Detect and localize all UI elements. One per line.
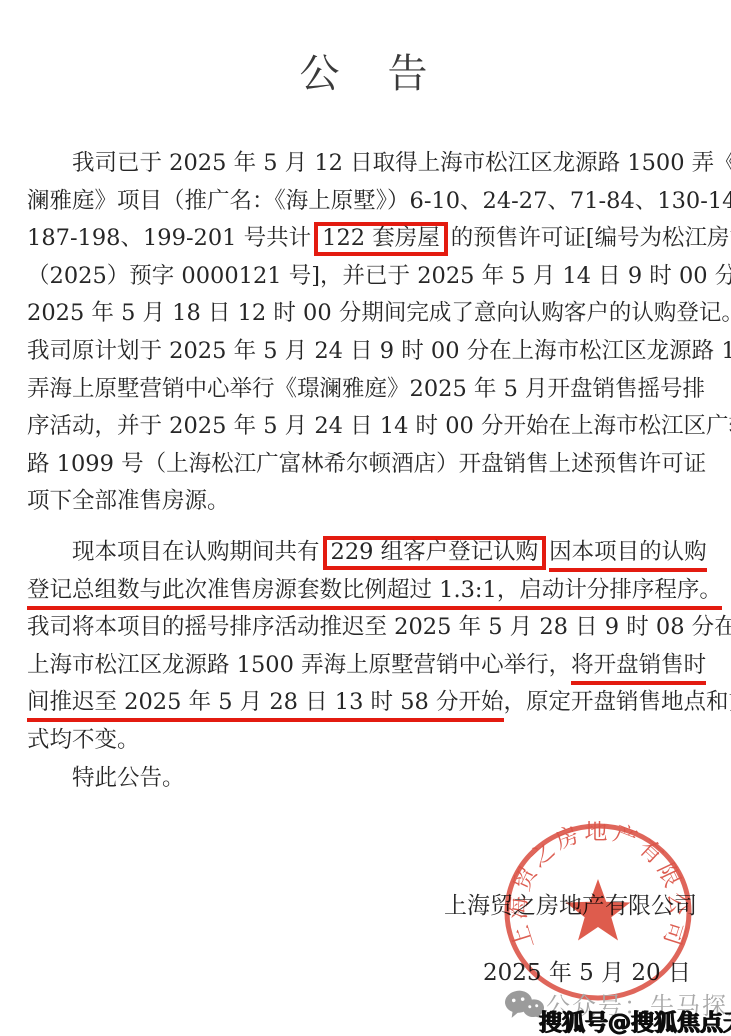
announcement-document: 公 告 我司已于 2025 年 5 月 12 日取得上海市松江区龙源路 1500… xyxy=(0,0,731,1036)
text-segment: 现本项目在认购期间共有 xyxy=(72,539,320,565)
text-segment: 序活动，并于 2025 年 5 月 24 日 14 时 00 分开始在上海市松江… xyxy=(27,413,731,439)
watermark-footer: 公众号：牛马探房 搜狐号@搜狐焦点天门站 xyxy=(0,980,731,1036)
text-segment: 路 1099 号（上海松江广富林希尔顿酒店）开盘销售上述预售许可证 xyxy=(27,451,706,477)
text-segment: 我司原计划于 2025 年 5 月 24 日 9 时 00 分在上海市松江区龙源… xyxy=(27,338,731,364)
text-line: 上海市松江区龙源路 1500 弄海上原墅营销中心举行，将开盘销售时 xyxy=(27,647,707,685)
text-segment: 弄海上原墅营销中心举行《璟澜雅庭》2025 年 5 月开盘销售摇号排 xyxy=(27,376,705,402)
underline-highlight: 间推迟至 2025 年 5 月 28 日 13 时 58 分开始 xyxy=(27,689,504,722)
underline-highlight: 登记总组数与此次准售房源套数比例超过 1.3:1，启动计分排序程序。 xyxy=(27,577,722,610)
text-segment: 的预售许可证[编号为松江房管 xyxy=(451,225,731,251)
text-line: 澜雅庭》项目（推广名：《海上原墅》）6-10、24-27、71-84、130-1… xyxy=(27,183,707,221)
text-segment: 我司将本项目的摇号排序活动推迟至 2025 年 5 月 28 日 9 时 08 … xyxy=(27,614,731,640)
underline-highlight: 将开盘销售时 xyxy=(571,652,706,685)
text-segment: 上海市松江区龙源路 1500 弄海上原墅营销中心举行， xyxy=(27,652,571,678)
document-title: 公 告 xyxy=(0,0,731,99)
text-segment: 澜雅庭》项目（推广名：《海上原墅》）6-10、24-27、71-84、130-1… xyxy=(27,188,731,214)
highlight-box: 122 套房屋 xyxy=(314,222,448,256)
underline-highlight: 因本项目的认购 xyxy=(549,539,707,572)
text-line: 路 1099 号（上海松江广富林希尔顿酒店）开盘销售上述预售许可证 xyxy=(27,446,707,484)
text-line: 弄海上原墅营销中心举行《璟澜雅庭》2025 年 5 月开盘销售摇号排 xyxy=(27,371,707,409)
company-seal-stamp: 上海贸之房地产有限公司 xyxy=(501,821,695,1005)
text-line: 我司将本项目的摇号排序活动推迟至 2025 年 5 月 28 日 9 时 08 … xyxy=(27,609,707,647)
text-segment: ，原定开盘销售地点和方 xyxy=(504,689,731,715)
text-line: （2025）预字 0000121 号]，并已于 2025 年 5 月 14 日 … xyxy=(27,258,707,296)
text-line: 登记总组数与此次准售房源套数比例超过 1.3:1，启动计分排序程序。 xyxy=(27,572,707,610)
text-segment: 2025 年 5 月 18 日 12 时 00 分期间完成了意向认购客户的认购登… xyxy=(27,300,731,326)
text-segment: 式均不变。 xyxy=(27,727,140,753)
text-segment: 特此公告。 xyxy=(72,765,185,791)
text-line: 187-198、199-201 号共计122 套房屋的预售许可证[编号为松江房管 xyxy=(27,220,707,258)
text-segment: 我司已于 2025 年 5 月 12 日取得上海市松江区龙源路 1500 弄《璟 xyxy=(72,150,731,176)
text-line: 项下全部准售房源。 xyxy=(27,483,707,521)
text-line: 我司原计划于 2025 年 5 月 24 日 9 时 00 分在上海市松江区龙源… xyxy=(27,333,707,371)
text-line: 2025 年 5 月 18 日 12 时 00 分期间完成了意向认购客户的认购登… xyxy=(27,295,707,333)
text-line: 间推迟至 2025 年 5 月 28 日 13 时 58 分开始，原定开盘销售地… xyxy=(27,684,707,722)
sohu-watermark: 搜狐号@搜狐焦点天门站 xyxy=(539,1004,731,1036)
text-line: 我司已于 2025 年 5 月 12 日取得上海市松江区龙源路 1500 弄《璟 xyxy=(27,145,707,183)
text-segment: （2025）预字 0000121 号]，并已于 2025 年 5 月 14 日 … xyxy=(27,263,731,289)
text-line: 特此公告。 xyxy=(27,760,707,798)
seal-star-icon xyxy=(566,879,631,941)
highlight-box: 229 组客户登记认购 xyxy=(323,536,547,570)
text-line: 式均不变。 xyxy=(27,722,707,760)
wechat-icon xyxy=(504,988,544,1022)
text-segment: 187-198、199-201 号共计 xyxy=(27,225,311,251)
document-body: 我司已于 2025 年 5 月 12 日取得上海市松江区龙源路 1500 弄《璟… xyxy=(27,145,707,797)
text-segment: 项下全部准售房源。 xyxy=(27,488,230,514)
text-line: 现本项目在认购期间共有229 组客户登记认购因本项目的认购 xyxy=(27,534,707,572)
text-line: 序活动，并于 2025 年 5 月 24 日 14 时 00 分开始在上海市松江… xyxy=(27,408,707,446)
